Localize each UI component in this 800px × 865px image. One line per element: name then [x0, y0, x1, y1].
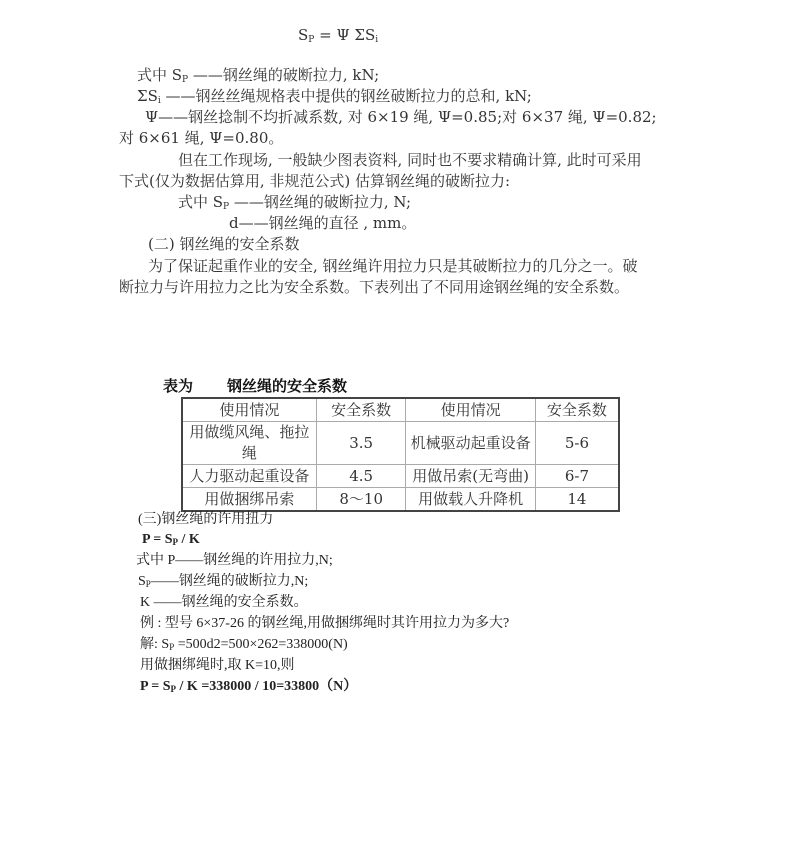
formula-rhs: = Ψ ΣS [319, 26, 375, 44]
definition-k: K ——钢丝绳的安全系数。 [140, 593, 308, 613]
def-text: ——钢丝绳的安全系数。 [154, 595, 308, 610]
header-usage: 使用情况 [182, 398, 316, 422]
table-caption-label: 表为 [163, 375, 193, 396]
safety-factor-table: 使用情况 安全系数 使用情况 安全系数 用做缆风绳、拖拉绳 3.5 机械驱动起重… [181, 397, 620, 512]
definition-d: d——钢丝绳的直径 , mm。 [229, 213, 416, 233]
example-solution: 解: SP =500d2=500×262=338000(N) [140, 635, 348, 657]
def-text: ——钢丝绳的破断拉力, kN; [188, 66, 379, 84]
example-question: 例 : 型号 6×37-26 的钢丝绳,用做捆绑绳时其许用拉力为多大? [140, 614, 509, 634]
def-text: ——钢丝丝绳规格表中提供的钢丝破断拉力的总和, kN; [161, 87, 532, 105]
def-text: ——钢丝绳的破断拉力, N; [229, 193, 411, 211]
section-title-allowable-force: (三)钢丝绳的许用扭力 [138, 510, 273, 530]
table-cell: 用做捆绑吊索 [182, 488, 316, 512]
section-title-safety-factor: (二) 钢丝绳的安全系数 [148, 234, 299, 254]
table-cell: 5-6 [535, 422, 619, 465]
table-cell: 3.5 [316, 422, 406, 465]
header-safety-factor: 安全系数 [316, 398, 406, 422]
definition-psi: Ψ——钢丝捻制不均折减系数, 对 6×19 绳, Ψ=0.85;对 6×37 绳… [145, 107, 657, 127]
def-text: ——钢丝绳的直径 , mm。 [239, 214, 417, 232]
table-cell: 机械驱动起重设备 [406, 422, 535, 465]
result-prefix: P = S [140, 679, 171, 694]
formula-lhs: S [298, 26, 308, 44]
formula-lhs: P = S [142, 532, 173, 547]
solution-rest: =500d2=500×262=338000(N) [174, 637, 348, 652]
table-cell: 用做缆风绳、拖拉绳 [182, 422, 316, 465]
formula-allowable-force: P = SP / K [142, 530, 200, 552]
example-step: 用做捆绑绳时,取 K=10,则 [140, 656, 295, 676]
table-cell: 8～10 [316, 488, 406, 512]
formula-rest: / K [178, 532, 200, 547]
header-usage: 使用情况 [406, 398, 535, 422]
header-safety-factor: 安全系数 [535, 398, 619, 422]
def-text: ——钢丝捻制不均折减系数, 对 6×19 绳, Ψ=0.85;对 6×37 绳,… [158, 108, 656, 126]
table-row: 用做缆风绳、拖拉绳 3.5 机械驱动起重设备 5-6 [182, 422, 619, 465]
table-header-row: 使用情况 安全系数 使用情况 安全系数 [182, 398, 619, 422]
paragraph-safety-line2: 断拉力与许用拉力之比为安全系数。下表列出了不同用途钢丝绳的安全系数。 [119, 277, 629, 297]
paragraph-estimate-line2: 下式(仅为数据估算用, 非规范公式) 估算钢丝绳的破断拉力: [119, 171, 510, 191]
example-result: P = SP / K =338000 / 10=33800（N） [140, 677, 357, 699]
table-cell: 人力驱动起重设备 [182, 465, 316, 488]
formula-lhs-sub: P [308, 35, 314, 45]
table-cell: 4.5 [316, 465, 406, 488]
definition-psi-continued: 对 6×61 绳, Ψ=0.80。 [119, 128, 283, 148]
definition-sp: SP——钢丝绳的破断拉力,N; [138, 572, 308, 594]
def-symbol: ΣS [137, 87, 158, 105]
def-symbol: S [138, 574, 146, 589]
table-caption-title: 钢丝绳的安全系数 [227, 375, 347, 396]
def-symbol: 式中 S [137, 66, 182, 84]
formula-rhs-sub: i [375, 35, 378, 45]
table-cell: 6-7 [535, 465, 619, 488]
table-row: 用做捆绑吊索 8～10 用做载人升降机 14 [182, 488, 619, 512]
result-rest: / K =338000 / 10=33800（N） [176, 679, 357, 694]
solution-prefix: 解: S [140, 637, 169, 652]
def-symbol: K [140, 595, 154, 610]
def-symbol: Ψ [145, 108, 158, 126]
table-cell: 用做载人升降机 [406, 488, 535, 512]
paragraph-estimate-line1: 但在工作现场, 一般缺少图表资料, 同时也不要求精确计算, 此时可采用 [178, 150, 642, 170]
formula-breaking-force: SP = Ψ ΣSi [298, 25, 378, 50]
definition-p: 式中 P——钢丝绳的许用拉力,N; [136, 551, 333, 571]
table-row: 人力驱动起重设备 4.5 用做吊索(无弯曲) 6-7 [182, 465, 619, 488]
paragraph-safety-line1: 为了保证起重作业的安全, 钢丝绳许用拉力只是其破断拉力的几分之一。破 [148, 256, 638, 276]
def-symbol: 式中 S [178, 193, 223, 211]
def-text: ——钢丝绳的许用拉力,N; [175, 553, 333, 568]
def-text: ——钢丝绳的破断拉力,N; [151, 574, 309, 589]
table-cell: 用做吊索(无弯曲) [406, 465, 535, 488]
table-cell: 14 [535, 488, 619, 512]
def-symbol: 式中 P [136, 553, 175, 568]
def-symbol: d [229, 214, 239, 232]
